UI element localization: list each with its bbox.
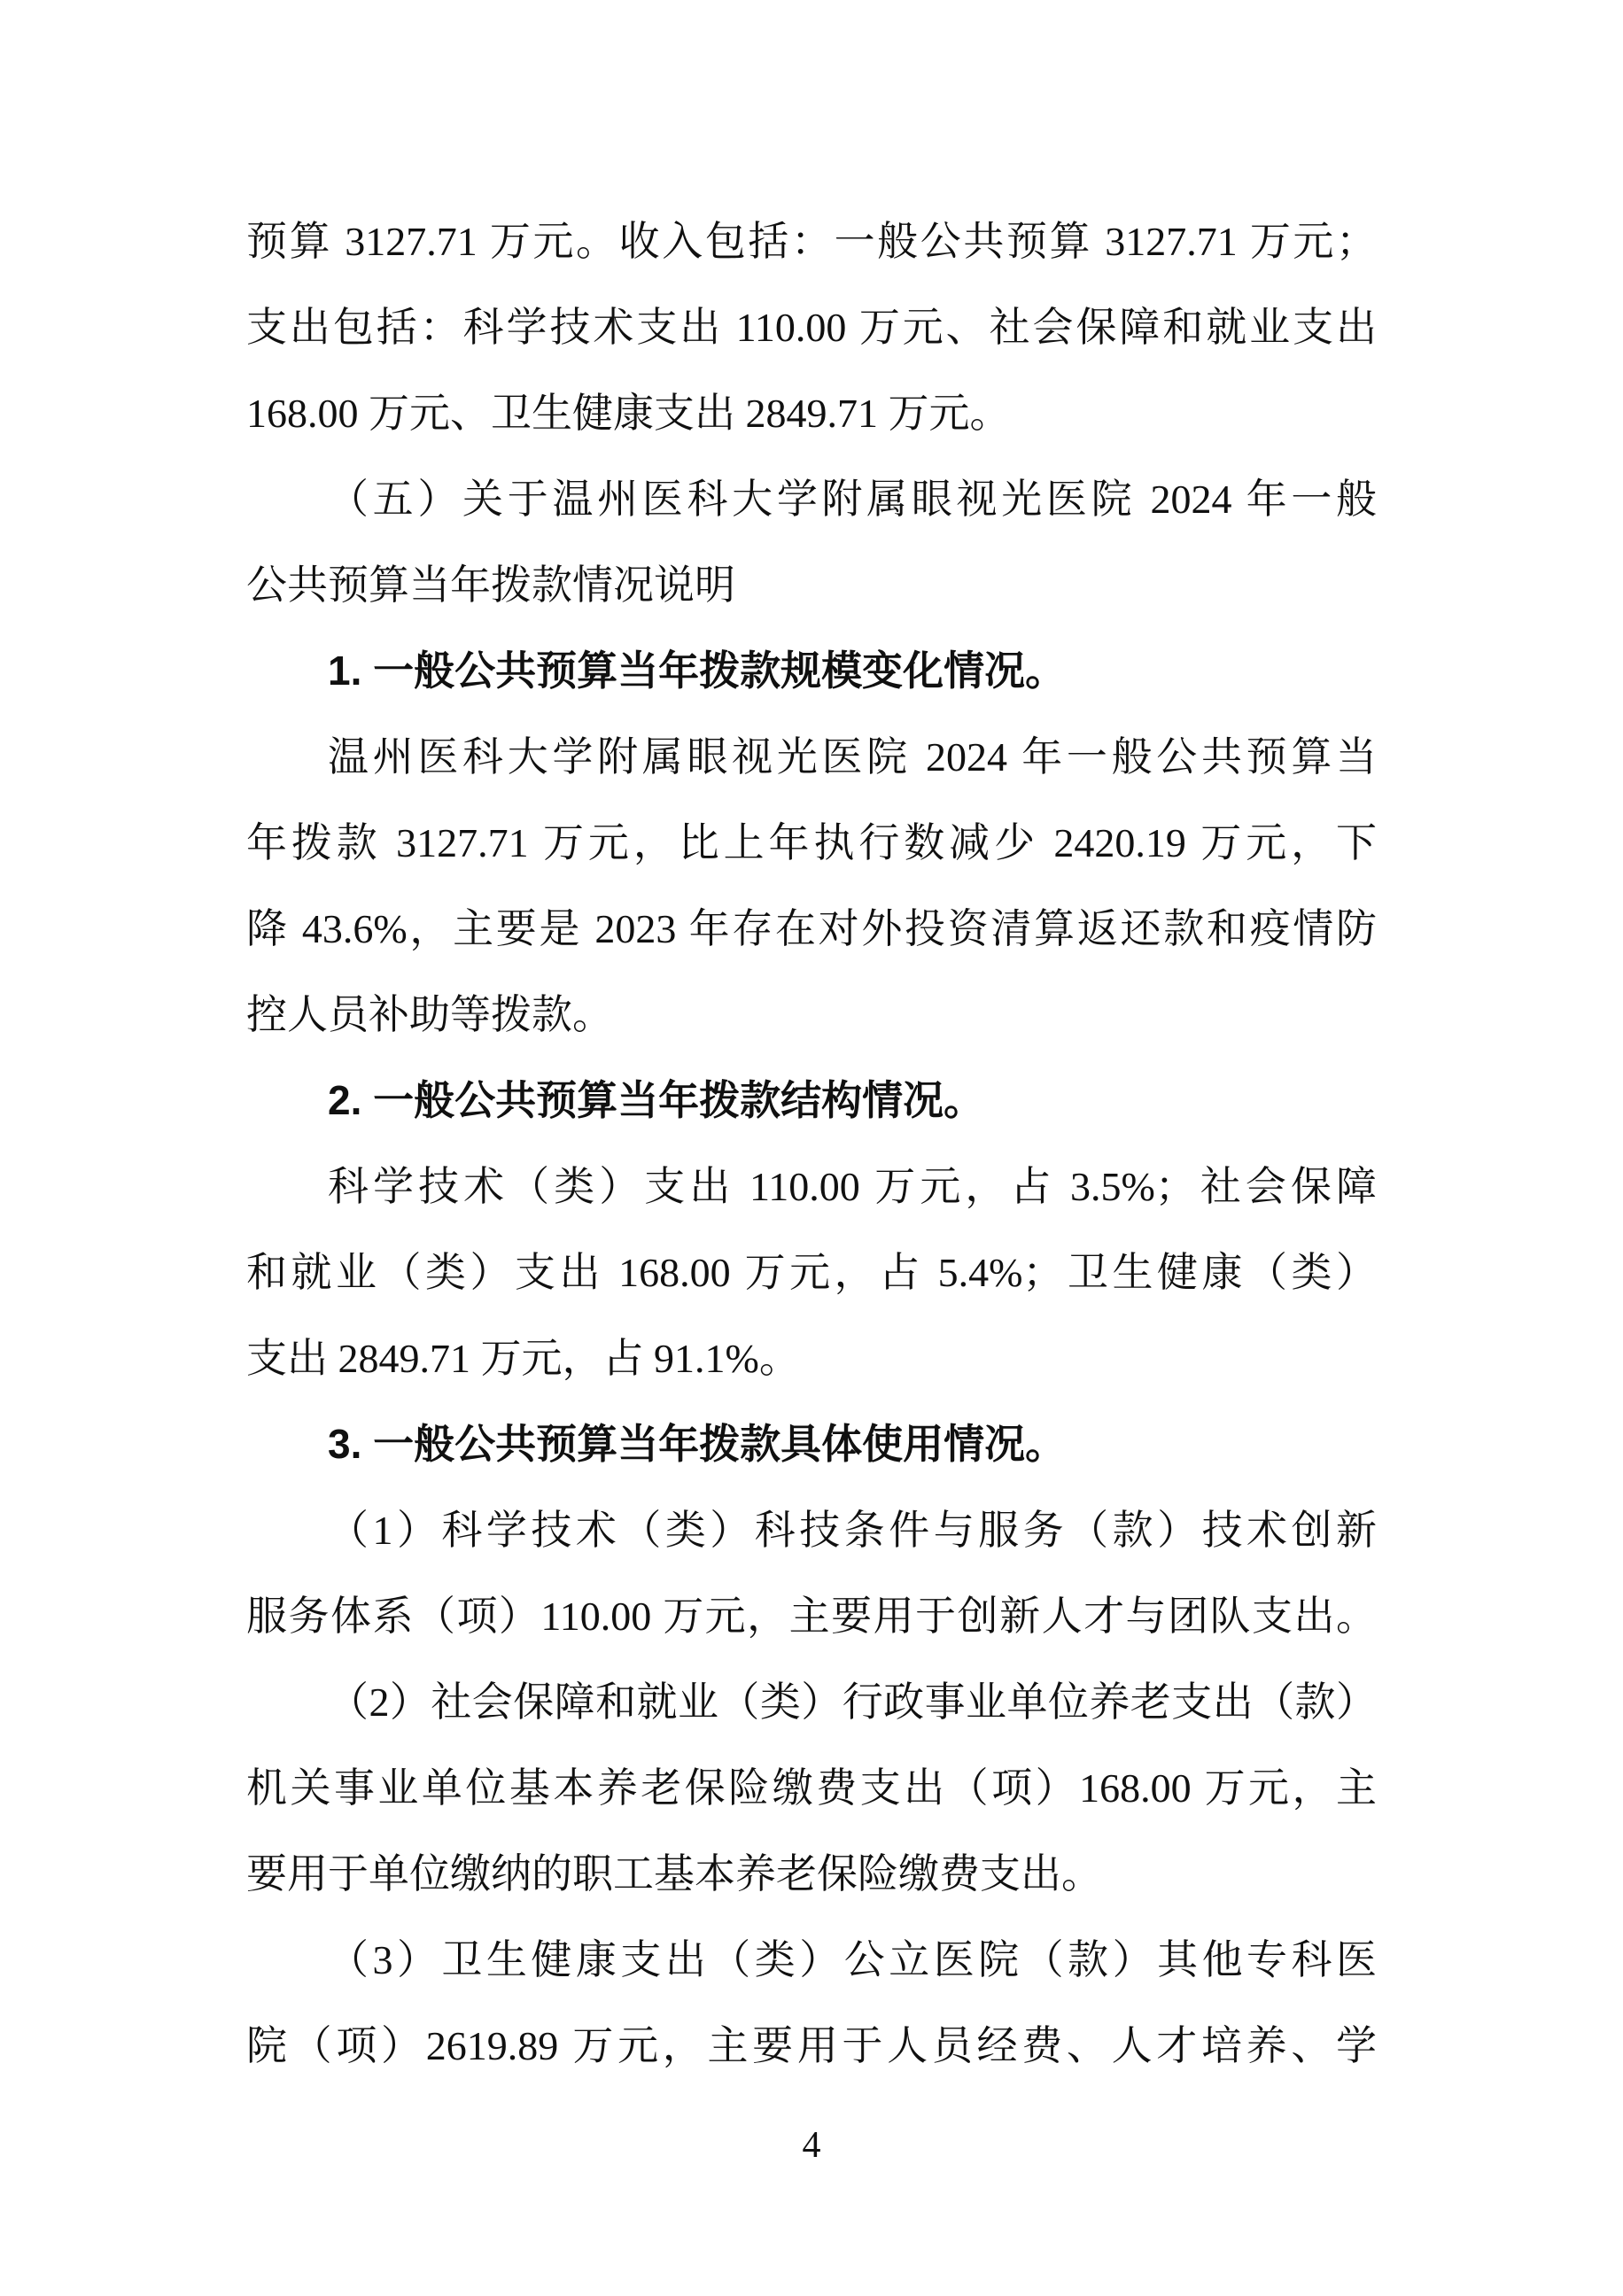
text-line: （1）科学技术（类）科技条件与服务（款）技术创新: [246, 1487, 1377, 1573]
text-line: 支出包括：科学技术支出 110.00 万元、社会保障和就业支出: [246, 284, 1377, 370]
section-heading: 2. 一般公共预算当年拨款结构情况。: [246, 1058, 1377, 1144]
section-heading: 1. 一般公共预算当年拨款规模变化情况。: [246, 628, 1377, 714]
text-line: 公共预算当年拨款情况说明: [246, 542, 1377, 628]
text-line: 降 43.6%，主要是 2023 年存在对外投资清算返还款和疫情防: [246, 886, 1377, 972]
text-line: 机关事业单位基本养老保险缴费支出（项）168.00 万元，主: [246, 1745, 1377, 1831]
text-line: 要用于单位缴纳的职工基本养老保险缴费支出。: [246, 1831, 1377, 1917]
text-line: 科学技术（类）支出 110.00 万元，占 3.5%；社会保障: [246, 1144, 1377, 1229]
text-line: （2）社会保障和就业（类）行政事业单位养老支出（款）: [246, 1659, 1377, 1745]
paragraph: 1. 一般公共预算当年拨款规模变化情况。: [246, 628, 1377, 714]
paragraph: 3. 一般公共预算当年拨款具体使用情况。: [246, 1401, 1377, 1487]
paragraph: （3）卫生健康支出（类）公立医院（款）其他专科医 院（项）2619.89 万元，…: [246, 1917, 1377, 2089]
paragraph: 2. 一般公共预算当年拨款结构情况。: [246, 1058, 1377, 1144]
paragraph: 预算 3127.71 万元。收入包括：一般公共预算 3127.71 万元； 支出…: [246, 198, 1377, 456]
text-line: 168.00 万元、卫生健康支出 2849.71 万元。: [246, 370, 1377, 456]
text-line: 院（项）2619.89 万元，主要用于人员经费、人才培养、学: [246, 2003, 1377, 2089]
text-line: 支出 2849.71 万元，占 91.1%。: [246, 1315, 1377, 1401]
text-line: 和就业（类）支出 168.00 万元，占 5.4%；卫生健康（类）: [246, 1229, 1377, 1315]
text-block: 预算 3127.71 万元。收入包括：一般公共预算 3127.71 万元； 支出…: [246, 198, 1377, 2089]
text-line: 控人员补助等拨款。: [246, 972, 1377, 1058]
paragraph: （五）关于温州医科大学附属眼视光医院 2024 年一般 公共预算当年拨款情况说明: [246, 456, 1377, 628]
text-line: 温州医科大学附属眼视光医院 2024 年一般公共预算当: [246, 714, 1377, 800]
paragraph: 科学技术（类）支出 110.00 万元，占 3.5%；社会保障 和就业（类）支出…: [246, 1144, 1377, 1401]
text-line: （3）卫生健康支出（类）公立医院（款）其他专科医: [246, 1917, 1377, 2003]
text-line: 预算 3127.71 万元。收入包括：一般公共预算 3127.71 万元；: [246, 198, 1377, 284]
paragraph: （2）社会保障和就业（类）行政事业单位养老支出（款） 机关事业单位基本养老保险缴…: [246, 1659, 1377, 1917]
page-number: 4: [0, 2122, 1623, 2168]
paragraph: 温州医科大学附属眼视光医院 2024 年一般公共预算当 年拨款 3127.71 …: [246, 714, 1377, 1058]
text-line: 年拨款 3127.71 万元，比上年执行数减少 2420.19 万元，下: [246, 800, 1377, 886]
text-line: 服务体系（项）110.00 万元，主要用于创新人才与团队支出。: [246, 1573, 1377, 1659]
text-line: （五）关于温州医科大学附属眼视光医院 2024 年一般: [246, 456, 1377, 542]
document-page: 预算 3127.71 万元。收入包括：一般公共预算 3127.71 万元； 支出…: [0, 0, 1623, 2296]
section-heading: 3. 一般公共预算当年拨款具体使用情况。: [246, 1401, 1377, 1487]
paragraph: （1）科学技术（类）科技条件与服务（款）技术创新 服务体系（项）110.00 万…: [246, 1487, 1377, 1659]
